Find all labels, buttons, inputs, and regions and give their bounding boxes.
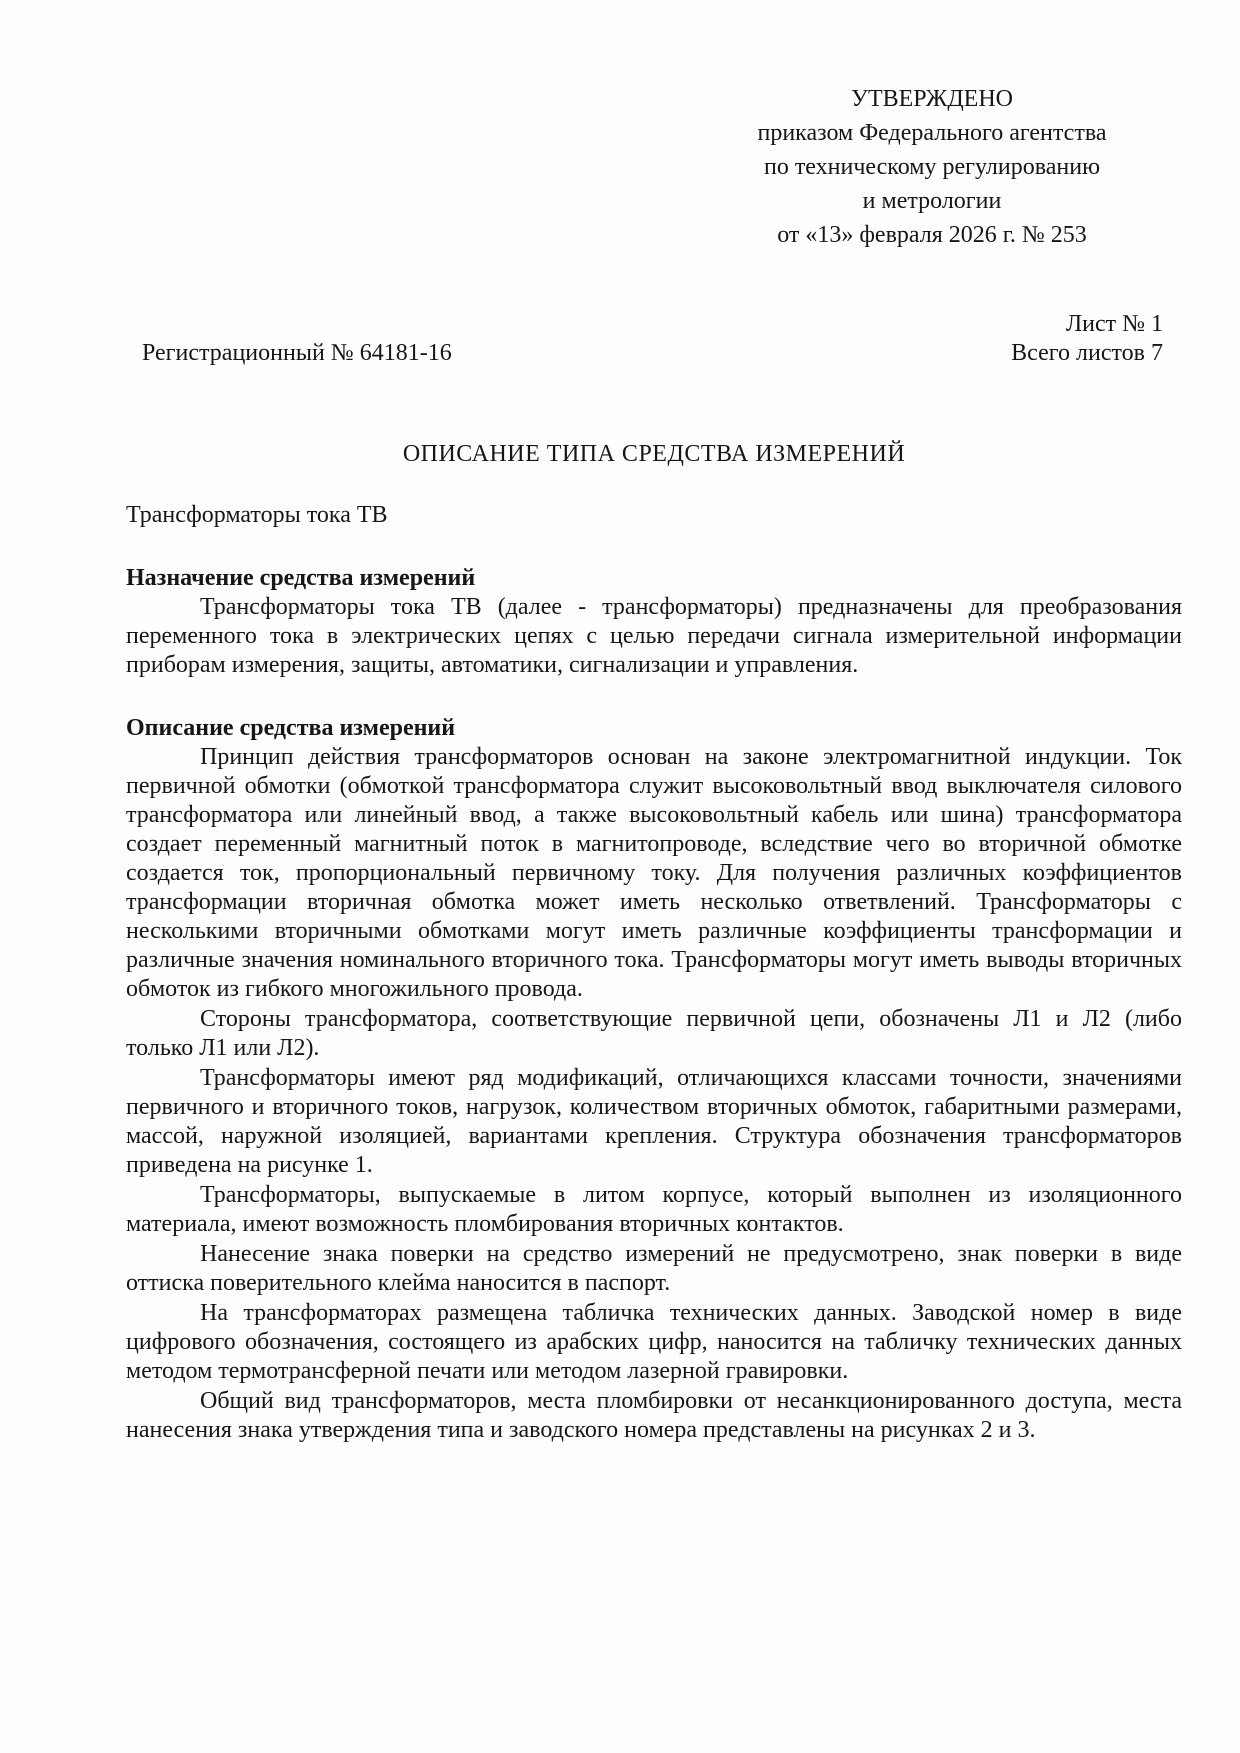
document-title: ОПИСАНИЕ ТИПА СРЕДСТВА ИЗМЕРЕНИЙ xyxy=(126,440,1182,469)
sheet-number: Лист № 1 xyxy=(126,310,1182,339)
document-page: УТВЕРЖДЕНО приказом Федерального агентст… xyxy=(0,0,1240,1753)
approval-line-order: приказом Федерального агентства xyxy=(722,116,1142,150)
paragraph-nameplate: На трансформаторах размещена табличка те… xyxy=(126,1299,1182,1386)
paragraph-sides: Стороны трансформатора, соответствующие … xyxy=(126,1005,1182,1063)
section-purpose: Назначение средства измерений Трансформа… xyxy=(126,564,1182,680)
approval-line-agency: по техническому регулированию xyxy=(722,150,1142,184)
approval-block: УТВЕРЖДЕНО приказом Федерального агентст… xyxy=(722,82,1142,252)
registration-row: Регистрационный № 64181-16 Всего листов … xyxy=(126,339,1182,368)
section-heading-description: Описание средства измерений xyxy=(126,714,1182,743)
section-heading-purpose: Назначение средства измерений xyxy=(126,564,1182,593)
approval-line-metrology: и метрологии xyxy=(722,184,1142,218)
total-sheets: Всего листов 7 xyxy=(1011,339,1182,368)
paragraph-modifications: Трансформаторы имеют ряд модификаций, от… xyxy=(126,1064,1182,1180)
instrument-name: Трансформаторы тока ТВ xyxy=(126,501,1182,530)
registration-number: Регистрационный № 64181-16 xyxy=(142,339,452,368)
paragraph-purpose: Трансформаторы тока ТВ (далее - трансфор… xyxy=(126,593,1182,680)
section-description: Описание средства измерений Принцип дейс… xyxy=(126,714,1182,1445)
approval-line-date-number: от «13» февраля 2026 г. № 253 xyxy=(722,218,1142,252)
paragraph-verification-mark: Нанесение знака поверки на средство изме… xyxy=(126,1240,1182,1298)
approval-line-approved: УТВЕРЖДЕНО xyxy=(722,82,1142,116)
paragraph-cast-case: Трансформаторы, выпускаемые в литом корп… xyxy=(126,1181,1182,1239)
paragraph-general-view: Общий вид трансформаторов, места пломбир… xyxy=(126,1387,1182,1445)
paragraph-principle: Принцип действия трансформаторов основан… xyxy=(126,743,1182,1004)
